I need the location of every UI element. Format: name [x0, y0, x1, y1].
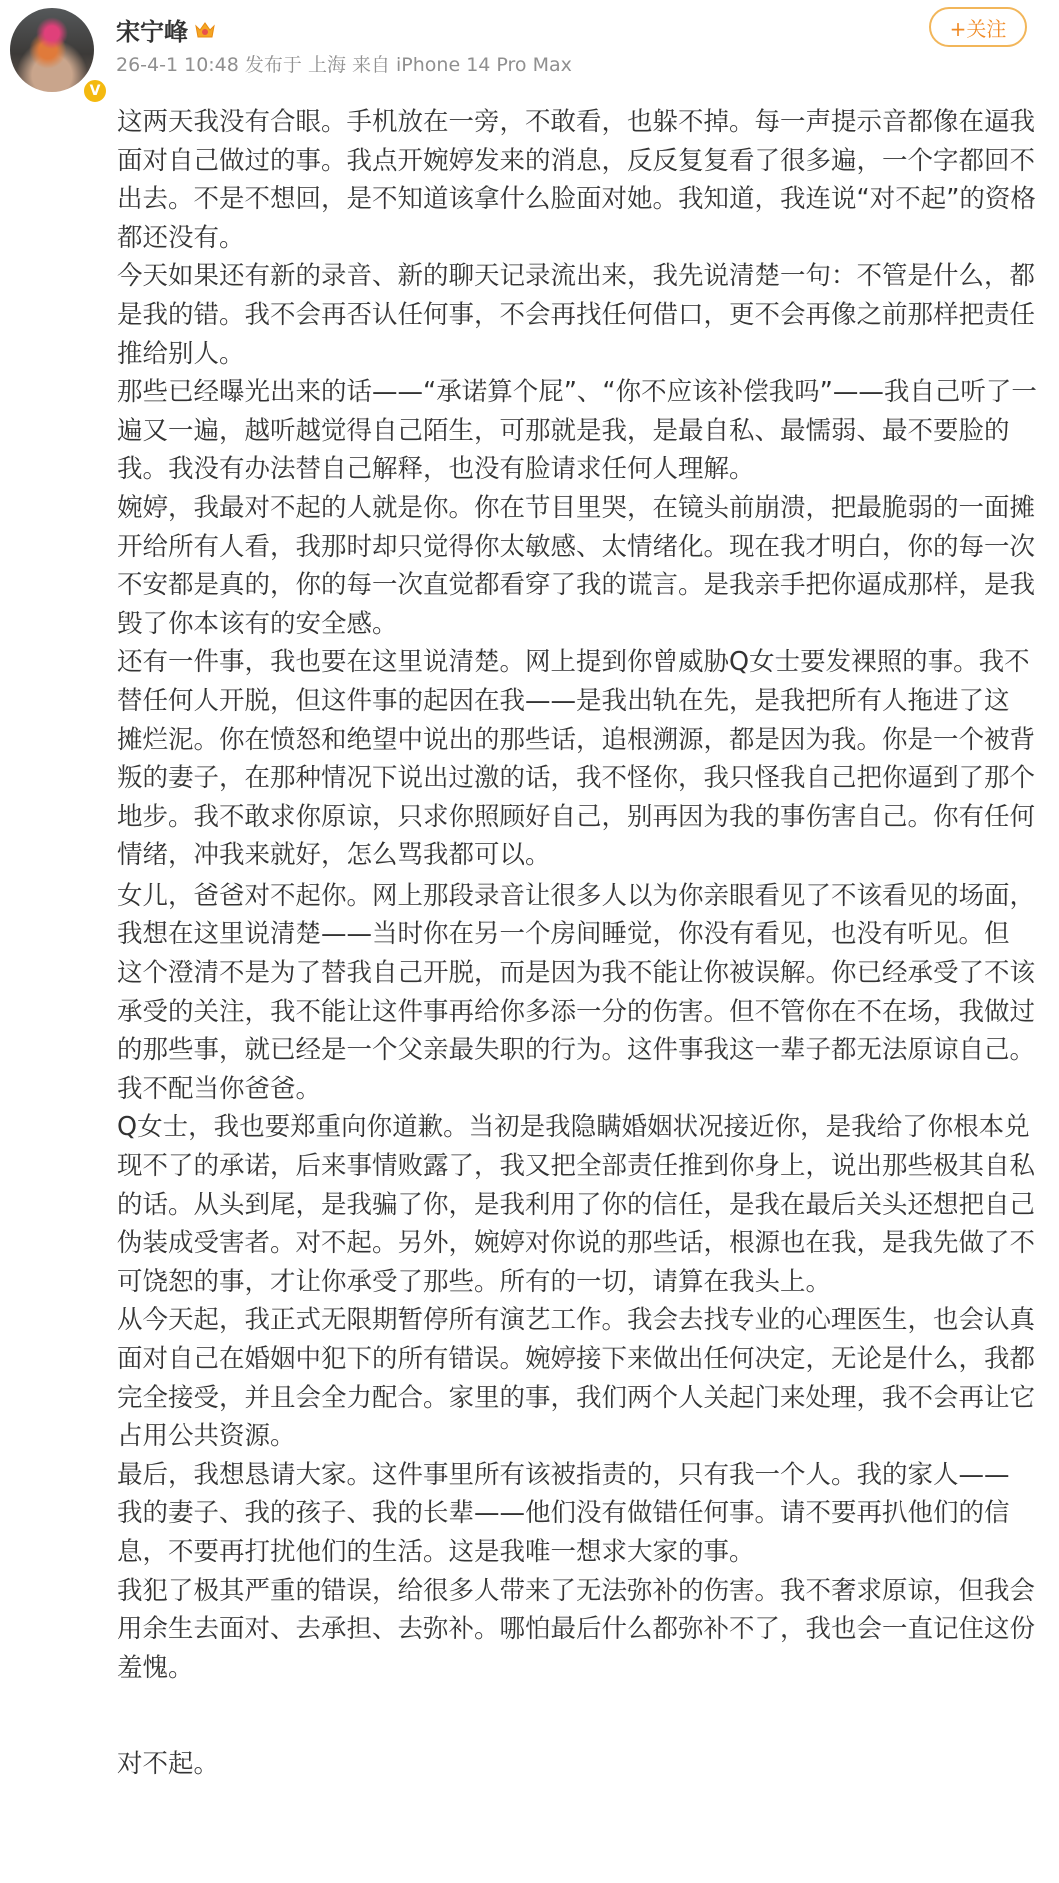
text-line: 这两天我没有合眼。手机放在一旁，不敢看，也躲不掉。每一声提示音都像在逼我 [117, 103, 1047, 142]
text-line: 息，不要再打扰他们的生活。这是我唯一想求大家的事。 [117, 1533, 1047, 1572]
text-line: 女儿，爸爸对不起你。网上那段录音让很多人以为你亲眼看见了不该看见的场面， [117, 877, 1047, 916]
closing-line: 对不起。 [117, 1745, 1047, 1784]
text-line: 承受的关注，我不能让这件事再给你多添一分的伤害。但不管你在不在场，我做过 [117, 993, 1047, 1032]
text-line: 从今天起，我正式无限期暂停所有演艺工作。我会去找专业的心理医生，也会认真 [117, 1301, 1047, 1340]
author-name[interactable]: 宋宁峰 [116, 12, 188, 47]
post-body: 这两天我没有合眼。手机放在一旁，不敢看，也躲不掉。每一声提示音都像在逼我 面对自… [117, 103, 1047, 1784]
text-line: 面对自己做过的事。我点开婉婷发来的消息，反反复复看了很多遍，一个字都回不 [117, 142, 1047, 181]
text-line: 我。我没有办法替自己解释，也没有脸请求任何人理解。 [117, 450, 1047, 489]
text-line: 推给别人。 [117, 335, 1047, 374]
text-line: 今天如果还有新的录音、新的聊天记录流出来，我先说清楚一句：不管是什么，都 [117, 257, 1047, 296]
text-line: 我的妻子、我的孩子、我的长辈——他们没有做错任何事。请不要再扒他们的信 [117, 1494, 1047, 1533]
text-line: 我想在这里说清楚——当时你在另一个房间睡觉，你没有看见，也没有听见。但 [117, 915, 1047, 954]
text-line: 的那些事，就已经是一个父亲最失职的行为。这件事我这一辈子都无法原谅自己。 [117, 1031, 1047, 1070]
text-line: 叛的妻子，在那种情况下说出过激的话，我不怪你，我只怪我自己把你逼到了那个 [117, 759, 1047, 798]
text-line: 遍又一遍，越听越觉得自己陌生，可那就是我，是最自私、最懦弱、最不要脸的 [117, 412, 1047, 451]
text-line: 都还没有。 [117, 219, 1047, 258]
post-meta: 26-4-1 10:48 发布于 上海 来自 iPhone 14 Pro Max [116, 50, 572, 77]
text-line: 替任何人开脱，但这件事的起因在我——是我出轨在先，是我把所有人拖进了这 [117, 682, 1047, 721]
text-line: 开给所有人看，我那时却只觉得你太敏感、太情绪化。现在我才明白，你的每一次 [117, 528, 1047, 567]
text-line: 是我的错。我不会再否认任何事，不会再找任何借口，更不会再像之前那样把责任 [117, 296, 1047, 335]
text-line: 占用公共资源。 [117, 1417, 1047, 1456]
text-line: 我不配当你爸爸。 [117, 1070, 1047, 1109]
text-line: 地步。我不敢求你原谅，只求你照顾好自己，别再因为我的事伤害自己。你有任何 [117, 798, 1047, 837]
author-row: 宋宁峰 [116, 12, 216, 47]
verified-badge-icon: V [82, 78, 108, 104]
text-line: 出去。不是不想回，是不知道该拿什么脸面对她。我知道，我连说“对不起”的资格 [117, 180, 1047, 219]
text-line: 那些已经曝光出来的话——“承诺算个屁”、“你不应该补偿我吗”——我自己听了一 [117, 373, 1047, 412]
text-line: 完全接受，并且会全力配合。家里的事，我们两个人关起门来处理，我不会再让它 [117, 1379, 1047, 1418]
text-line: 不安都是真的，你的每一次直觉都看穿了我的谎言。是我亲手把你逼成那样，是我 [117, 566, 1047, 605]
text-line: 毁了你本该有的安全感。 [117, 605, 1047, 644]
text-line: 可饶恕的事，才让你承受了那些。所有的一切，请算在我头上。 [117, 1263, 1047, 1302]
crown-icon [194, 20, 216, 40]
text-line: 最后，我想恳请大家。这件事里所有该被指责的，只有我一个人。我的家人—— [117, 1456, 1047, 1495]
text-line: 的话。从头到尾，是我骗了你，是我利用了你的信任，是我在最后关头还想把自己 [117, 1186, 1047, 1225]
text-line: 情绪，冲我来就好，怎么骂我都可以。 [117, 836, 1047, 875]
text-line: Q女士，我也要郑重向你道歉。当初是我隐瞒婚姻状况接近你，是我给了你根本兑 [117, 1108, 1047, 1147]
text-line: 这个澄清不是为了替我自己开脱，而是因为我不能让你被误解。你已经承受了不该 [117, 954, 1047, 993]
text-line: 用余生去面对、去承担、去弥补。哪怕最后什么都弥补不了，我也会一直记住这份 [117, 1610, 1047, 1649]
text-line: 面对自己在婚姻中犯下的所有错误。婉婷接下来做出任何决定，无论是什么，我都 [117, 1340, 1047, 1379]
text-line: 我犯了极其严重的错误，给很多人带来了无法弥补的伤害。我不奢求原谅，但我会 [117, 1572, 1047, 1611]
text-line: 摊烂泥。你在愤怒和绝望中说出的那些话，追根溯源，都是因为我。你是一个被背 [117, 721, 1047, 760]
avatar[interactable]: V [10, 8, 94, 92]
text-line: 羞愧。 [117, 1649, 1047, 1688]
text-line: 还有一件事，我也要在这里说清楚。网上提到你曾威胁Q女士要发裸照的事。我不 [117, 643, 1047, 682]
text-line: 现不了的承诺，后来事情败露了，我又把全部责任推到你身上，说出那些极其自私 [117, 1147, 1047, 1186]
text-line: 婉婷，我最对不起的人就是你。你在节目里哭，在镜头前崩溃，把最脆弱的一面摊 [117, 489, 1047, 528]
follow-button[interactable]: +关注 [929, 7, 1027, 47]
text-line: 伪装成受害者。对不起。另外，婉婷对你说的那些话，根源也在我，是我先做了不 [117, 1224, 1047, 1263]
